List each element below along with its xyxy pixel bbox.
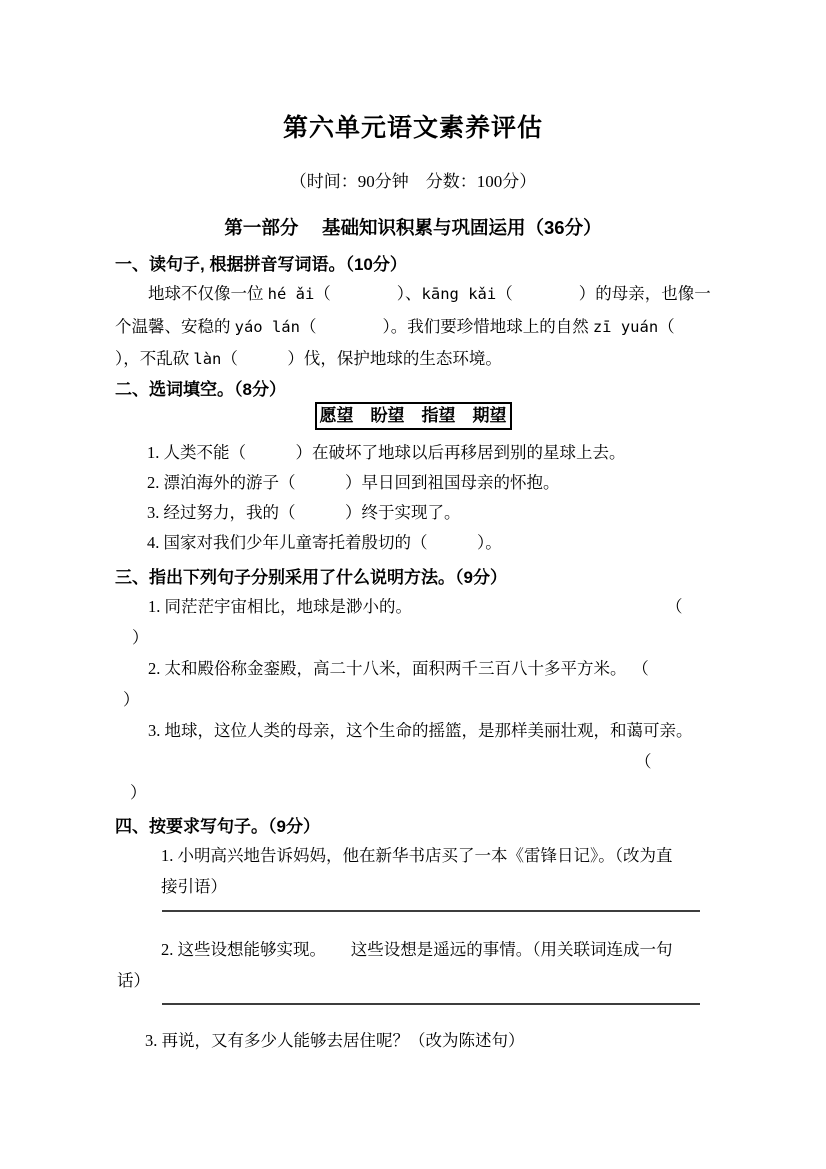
answer-paren-close: ）: [123, 684, 711, 715]
answer-paren-open: （: [666, 591, 683, 622]
page-content: 第六单元语文素养评估 （时间：90分钟 分数：100分） 第一部分 基础知识积累…: [115, 0, 711, 1056]
section-3: 三、指出下列句子分别采用了什么说明方法。（9分） 1. 同茫茫宇宙相比，地球是渺…: [115, 565, 711, 808]
question-3-2: 2. 太和殿俗称金銮殿，高二十八米，面积两千三百八十多平方米。（: [148, 653, 711, 684]
part-one-heading: 第一部分 基础知识积累与巩固运用（36分）: [115, 214, 711, 242]
section-2-heading: 二、选词填空。（8分）: [115, 378, 711, 402]
question-2-2: 2. 漂泊海外的游子（ ）早日回到祖国母亲的怀抱。: [147, 468, 711, 498]
question-4-1-line-1: 1. 小明高兴地告诉妈妈，他在新华书店买了一本《雷锋日记》。（改为直: [161, 840, 711, 871]
answer-line: [162, 1003, 700, 1005]
cjk-text: 个温馨、安稳的: [115, 317, 235, 336]
cjk-text: （ ）的母亲，也像一: [496, 284, 711, 303]
answer-paren-close: ）: [132, 622, 711, 653]
pinyin-text: làn: [193, 350, 221, 368]
section-4-heading: 四、按要求写句子。（9分）: [115, 814, 711, 840]
close-paren: ），不乱砍: [115, 349, 193, 368]
question-4-2-line-2: 话）: [117, 965, 711, 996]
question-4-2-line-1: 2. 这些设想能够实现。 这些设想是遥远的事情。（用关联词连成一句: [161, 934, 711, 965]
section-2: 二、选词填空。（8分） 愿望 盼望 指望 期望 1. 人类不能（ ）在破坏了地球…: [115, 378, 711, 558]
section-1-heading: 一、读句子, 根据拼音写词语。（10分）: [115, 252, 711, 278]
section-3-heading: 三、指出下列句子分别采用了什么说明方法。（9分）: [115, 565, 711, 591]
answer-paren-close: ）: [130, 777, 711, 808]
word-bank-box: 愿望 盼望 指望 期望: [315, 402, 512, 430]
question-3-1-text: 1. 同茫茫宇宙相比，地球是渺小的。: [148, 597, 412, 616]
answer-paren-open: （: [635, 746, 711, 777]
pinyin-text: kāng kǎi: [422, 285, 497, 303]
question-3-1: 1. 同茫茫宇宙相比，地球是渺小的。 （: [148, 591, 711, 622]
answer-blank-parens: （ ）。我们要珍惜地球上的自然: [300, 317, 593, 336]
cjk-text: 地球不仅像一位: [148, 284, 268, 303]
exam-time-score-meta: （时间：90分钟 分数：100分）: [115, 170, 711, 194]
question-2-3: 3. 经过努力，我的（ ）终于实现了。: [147, 498, 711, 528]
question-3-2-text: 2. 太和殿俗称金銮殿，高二十八米，面积两千三百八十多平方米。: [148, 659, 627, 678]
pinyin-text: yáo lán: [235, 318, 300, 336]
question-2-1: 1. 人类不能（ ）在破坏了地球以后再移居到别的星球上去。: [147, 438, 711, 468]
question-4-1-line-2: 接引语）: [161, 871, 711, 902]
pinyin-text: zī yuán: [593, 318, 658, 336]
question-4-3: 3. 再说，又有多少人能够去居住呢？（改为陈述句）: [145, 1025, 711, 1056]
answer-blank-parens: （ ）、: [314, 284, 421, 303]
cjk-text: （ ）伐，保护地球的生态环境。: [221, 349, 502, 368]
answer-line: [162, 910, 700, 912]
pinyin-paragraph-line-1: 地球不仅像一位 hé ǎi（ ）、kāng kǎi（ ）的母亲，也像一: [115, 278, 711, 311]
open-paren: （: [658, 317, 675, 336]
pinyin-paragraph-line-3: ），不乱砍 làn（ ）伐，保护地球的生态环境。: [115, 343, 711, 376]
pinyin-paragraph-line-2: 个温馨、安稳的 yáo lán（ ）。我们要珍惜地球上的自然 zī yuán（: [115, 311, 711, 344]
question-2-4: 4. 国家对我们少年儿童寄托着殷切的（ ）。: [147, 528, 711, 558]
section-2-questions: 1. 人类不能（ ）在破坏了地球以后再移居到别的星球上去。 2. 漂泊海外的游子…: [115, 438, 711, 558]
answer-paren-open: （: [641, 659, 649, 678]
question-3-3: 3. 地球，这位人类的母亲，这个生命的摇篮，是那样美丽壮观，和蔼可亲。: [148, 715, 711, 746]
section-1: 一、读句子, 根据拼音写词语。（10分） 地球不仅像一位 hé ǎi（ ）、kā…: [115, 252, 711, 376]
word-bank-row: 愿望 盼望 指望 期望: [115, 402, 711, 432]
section-4: 四、按要求写句子。（9分） 1. 小明高兴地告诉妈妈，他在新华书店买了一本《雷锋…: [115, 814, 711, 1056]
exam-paper-page: 第六单元语文素养评估 （时间：90分钟 分数：100分） 第一部分 基础知识积累…: [0, 0, 826, 1169]
pinyin-text: hé ǎi: [268, 285, 315, 303]
page-title: 第六单元语文素养评估: [115, 113, 711, 143]
